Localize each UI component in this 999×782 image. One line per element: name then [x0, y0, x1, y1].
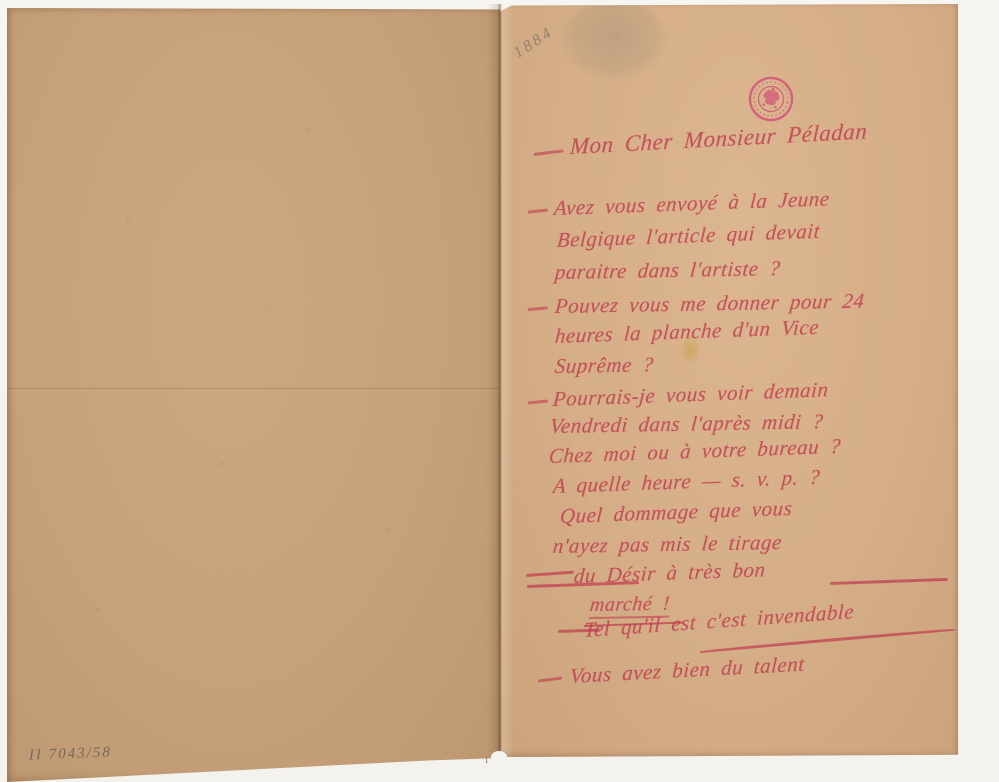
- page-mark-pencil: 1: [484, 755, 489, 766]
- catalog-number-pencil: II 7043/58: [29, 745, 112, 765]
- ink-underline: [830, 578, 948, 585]
- margin-dash: [528, 306, 548, 311]
- letter-line-text: paraitre dans l'artiste ?: [554, 256, 782, 284]
- letter-line-text: Pourrais-je vous voir demain: [552, 377, 829, 411]
- margin-dash: [528, 399, 548, 404]
- letter-line: Quel dommage que vous: [559, 496, 793, 529]
- year-pencil-annotation: 1884: [511, 23, 558, 62]
- paper-speckles: [7, 8, 9, 10]
- letter-line: Vendredi dans l'après midi ?: [549, 409, 825, 439]
- letter-line-text: A quelle heure — s. v. p. ?: [552, 465, 821, 498]
- scanned-letter-background: II 7043/58 1884 Mon Cher Monsieur Pélada…: [0, 0, 999, 782]
- ink-dash-stroke: [526, 571, 574, 577]
- letter-line-text: Suprême ?: [554, 352, 655, 378]
- letter-line: A quelle heure — s. v. p. ?: [552, 465, 821, 499]
- margin-dash: [528, 209, 548, 214]
- letter-line: Pourrais-je vous voir demain: [552, 377, 829, 412]
- letter-line-text: Pouvez vous me donner pour 24: [554, 289, 866, 318]
- letter-line: n'ayez pas mis le tirage: [552, 530, 783, 559]
- letter-line: Belgique l'article qui devait: [556, 219, 821, 253]
- letter-line: Vous avez bien du talent: [569, 652, 805, 689]
- letter-line: Avez vous envoyé à la Jeune: [553, 186, 830, 221]
- letter-line-text: Avez vous envoyé à la Jeune: [553, 186, 830, 220]
- letter-line: paraitre dans l'artiste ?: [554, 256, 782, 285]
- letter-line-text: Quel dommage que vous: [559, 496, 793, 528]
- letter-line: heures la planche d'un Vice: [554, 315, 820, 349]
- right-page: 1884 Mon Cher Monsieur PéladanAvez vous …: [500, 4, 958, 757]
- letter-line: Suprême ?: [554, 352, 655, 379]
- letter-line-text: Vendredi dans l'après midi ?: [549, 409, 824, 438]
- letter-line-text: n'ayez pas mis le tirage: [552, 530, 783, 558]
- letter-line-text: Mon Cher Monsieur Péladan: [569, 118, 868, 159]
- centre-fold: [486, 4, 514, 757]
- left-page: II 7043/58: [7, 8, 500, 782]
- letter-line-text: Belgique l'article qui devait: [556, 219, 821, 252]
- library-stamp-icon: [741, 69, 800, 128]
- margin-dash: [534, 149, 564, 156]
- margin-dash: [538, 677, 562, 683]
- horizontal-fold-crease: [7, 388, 500, 391]
- letter-line-text: Vous avez bien du talent: [569, 652, 805, 688]
- letter-line-text: heures la planche d'un Vice: [554, 315, 820, 348]
- fold-notch: [491, 751, 507, 763]
- letter-line: Chez moi ou à votre bureau ?: [548, 434, 842, 469]
- letter-line-text: Chez moi ou à votre bureau ?: [548, 434, 842, 468]
- letter-line: Mon Cher Monsieur Péladan: [569, 118, 868, 160]
- grey-stain: [562, 0, 667, 80]
